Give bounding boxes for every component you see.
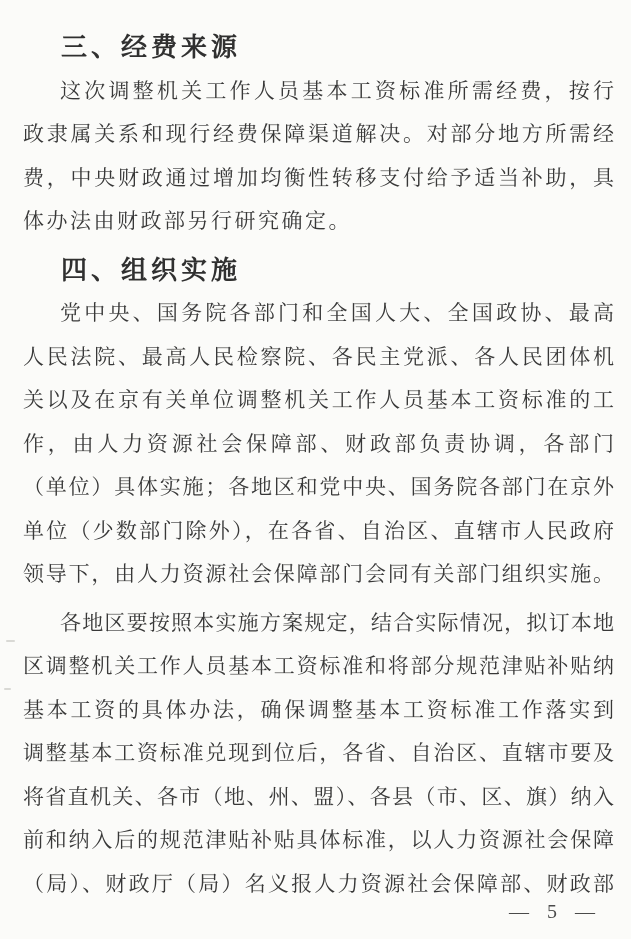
- text-line: 体办法由财政部另行研究确定。: [23, 200, 615, 244]
- text-line: 这次调整机关工作人员基本工资标准所需经费，按行: [23, 70, 615, 114]
- section-heading-funding-source: 三、经费来源: [23, 26, 615, 70]
- text-line: 区调整机关工作人员基本工资标准和将部分规范津贴补贴纳入: [23, 645, 615, 689]
- text-line: 基本工资的具体办法，确保调整基本工资标准工作落实到位。: [23, 689, 615, 733]
- text-line: 政隶属关系和现行经费保障渠道解决。对部分地方所需经: [23, 113, 615, 157]
- text-line: 作，由人力资源社会保障部、财政部负责协调，各部门: [23, 423, 615, 467]
- text-line: 前和纳入后的规范津贴补贴具体标准，以人力资源社会保障厅: [23, 819, 615, 863]
- text-line: （单位）具体实施；各地区和党中央、国务院各部门在京外: [23, 466, 615, 510]
- scan-artifact: [4, 688, 11, 690]
- text-line: 各地区要按照本实施方案规定，结合实际情况，拟订本地: [23, 602, 615, 646]
- text-line: 关以及在京有关单位调整机关工作人员基本工资标准的工: [23, 379, 615, 423]
- document-page: 三、经费来源 这次调整机关工作人员基本工资标准所需经费，按行 政隶属关系和现行经…: [0, 0, 631, 939]
- section-heading-organization: 四、组织实施: [23, 249, 615, 293]
- scan-artifact: [6, 640, 15, 642]
- text-line: 调整基本工资标准兑现到位后，各省、自治区、直辖市要及时: [23, 732, 615, 776]
- text-line: 将省直机关、各市（地、州、盟）、各县（市、区、旗）纳入: [23, 776, 615, 820]
- text-line: 领导下，由人力资源社会保障部门会同有关部门组织实施。: [23, 553, 615, 597]
- page-number: — 5 —: [509, 897, 597, 927]
- text-line: 费，中央财政通过增加均衡性转移支付给予适当补助，具: [23, 157, 615, 201]
- text-line: 党中央、国务院各部门和全国人大、全国政协、最高: [23, 292, 615, 336]
- text-line: 单位（少数部门除外），在各省、自治区、直辖市人民政府: [23, 510, 615, 554]
- text-line: 人民法院、最高人民检察院、各民主党派、各人民团体机: [23, 336, 615, 380]
